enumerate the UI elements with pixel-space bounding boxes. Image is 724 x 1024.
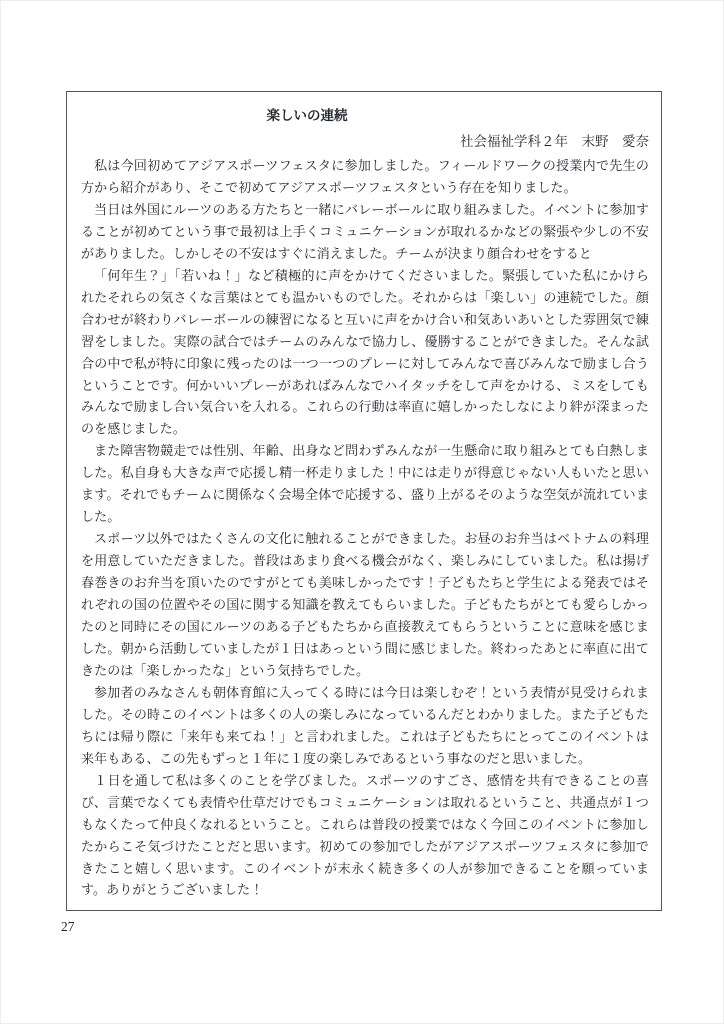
- essay-paragraph: １日を通して私は多くのことを学びました。スポーツのすごさ、感情を共有できることの…: [81, 770, 649, 902]
- essay-paragraph: 私は今回初めてアジアスポーツフェスタに参加しました。フィールドワークの授業内で先…: [81, 155, 649, 199]
- essay-body: 私は今回初めてアジアスポーツフェスタに参加しました。フィールドワークの授業内で先…: [81, 155, 649, 901]
- essay-byline: 社会福祉学科２年 末野 愛奈: [81, 131, 649, 153]
- essay-paragraph: 当日は外国にルーツのある方たちと一緒にバレーボールに取り組みました。イベントに参…: [81, 199, 649, 265]
- page-number: 27: [61, 919, 75, 935]
- essay-paragraph: 「何年生？」「若いね！」など積極的に声をかけてくださいました。緊張していた私にか…: [81, 265, 649, 441]
- essay-paragraph: スポーツ以外ではたくさんの文化に触れることができました。お昼のお弁当はベトナムの…: [81, 528, 649, 682]
- essay-frame: 楽しいの連続 社会福祉学科２年 末野 愛奈 私は今回初めてアジアスポーツフェスタ…: [66, 91, 662, 911]
- document-page: { "page": { "number": "27" }, "essay": {…: [0, 0, 724, 1024]
- essay-paragraph: 参加者のみなさんも朝体育館に入ってくる時には今日は楽しむぞ！という表情が見受けら…: [81, 682, 649, 770]
- essay-title: 楽しいの連続: [66, 105, 591, 127]
- essay-paragraph: また障害物競走では性別、年齢、出身など問わずみんなが一生懸命に取り組みとても白熱…: [81, 440, 649, 528]
